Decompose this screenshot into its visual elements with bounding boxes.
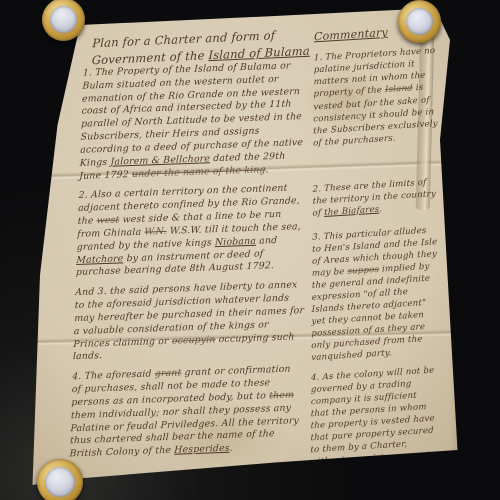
handwritten-ink: Plan for a Charter and form of Governmen… bbox=[0, 0, 500, 500]
manuscript-page: Plan for a Charter and form of Governmen… bbox=[0, 0, 500, 500]
commentary-note-3: 3. This particular alludes to Hen's Isla… bbox=[311, 224, 438, 364]
commentary-column: Commentary 1. The Proprietors have no pa… bbox=[310, 22, 440, 481]
commentary-note-1: 1. The Proprietors have no palatine juri… bbox=[313, 45, 440, 149]
commentary-note-4: 4. As the colony will not be governed by… bbox=[310, 365, 437, 481]
coin-bottom-left bbox=[37, 459, 83, 500]
coin-top-right bbox=[398, 0, 441, 43]
charter-article-4: 4. The aforesaid grant grant or confirma… bbox=[69, 363, 302, 461]
photo-frame: Plan for a Charter and form of Governmen… bbox=[0, 0, 500, 500]
charter-articles-column: 1. The Property of the Island of Bulama … bbox=[69, 60, 313, 469]
charter-article-1: 1. The Property of the Island of Bulama … bbox=[79, 60, 313, 184]
charter-article-3: And 3. the said persons have liberty to … bbox=[73, 279, 306, 364]
commentary-note-2: 2. These are the limits of the territory… bbox=[312, 176, 438, 220]
charter-article-2: 2. Also a certain territory on the conti… bbox=[76, 182, 309, 280]
